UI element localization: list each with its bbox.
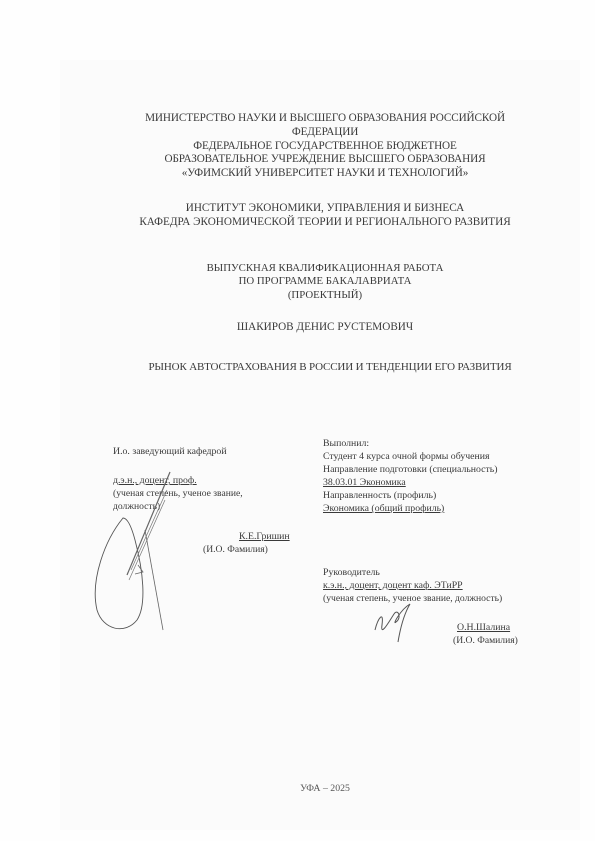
student-label: Выполнил: (323, 437, 369, 450)
student-course: Студент 4 курса очной формы обучения (323, 450, 489, 463)
author-name: ШАКИРОВ ДЕНИС РУСТЕМОВИЧ (150, 321, 500, 333)
supervisor-degree: к.э.н., доцент, доцент каф. ЭТиРР (323, 579, 463, 592)
work-type-line: ПО ПРОГРАММЕ БАКАЛАВРИАТА (150, 275, 500, 288)
header-line: ФЕДЕРАЛЬНОЕ ГОСУДАРСТВЕННОЕ БЮДЖЕТНОЕ (100, 140, 550, 154)
header-line: ФЕДЕРАЦИИ (100, 126, 550, 140)
head-signature (85, 470, 175, 650)
head-name: К.Е.Гришин (239, 530, 290, 543)
institute-name: ИНСТИТУТ ЭКОНОМИКИ, УПРАВЛЕНИЯ И БИЗНЕСА (100, 202, 550, 216)
head-role: И.о. заведующий кафедрой (113, 445, 227, 458)
header-line: «УФИМСКИЙ УНИВЕРСИТЕТ НАУКИ И ТЕХНОЛОГИЙ… (100, 167, 550, 181)
profile-value: Экономика (общий профиль) (323, 502, 444, 515)
work-type-line: ВЫПУСКНАЯ КВАЛИФИКАЦИОННАЯ РАБОТА (150, 262, 500, 275)
direction-label: Направление подготовки (специальность) (323, 463, 498, 476)
thesis-topic: РЫНОК АВТОСТРАХОВАНИЯ В РОССИИ И ТЕНДЕНЦ… (120, 361, 540, 373)
work-type-line: (ПРОЕКТНЫЙ) (150, 289, 500, 302)
work-type-block: ВЫПУСКНАЯ КВАЛИФИКАЦИОННАЯ РАБОТА ПО ПРО… (150, 262, 500, 302)
supervisor-signature (370, 600, 430, 645)
header-line: ОБРАЗОВАТЕЛЬНОЕ УЧРЕЖДЕНИЕ ВЫСШЕГО ОБРАЗ… (100, 153, 550, 167)
ministry-header: МИНИСТЕРСТВО НАУКИ И ВЫСШЕГО ОБРАЗОВАНИЯ… (100, 112, 550, 181)
head-name-caption: (И.О. Фамилия) (203, 543, 268, 556)
department-name: КАФЕДРА ЭКОНОМИЧЕСКОЙ ТЕОРИИ И РЕГИОНАЛЬ… (100, 216, 550, 230)
direction-value: 38.03.01 Экономика (323, 476, 406, 489)
header-line: МИНИСТЕРСТВО НАУКИ И ВЫСШЕГО ОБРАЗОВАНИЯ… (100, 112, 550, 126)
supervisor-label: Руководитель (323, 566, 380, 579)
supervisor-name: О.Н.Шалина (457, 621, 510, 634)
institute-block: ИНСТИТУТ ЭКОНОМИКИ, УПРАВЛЕНИЯ И БИЗНЕСА… (100, 202, 550, 229)
city-year: УФА – 2025 (250, 783, 400, 794)
title-page: МИНИСТЕРСТВО НАУКИ И ВЫСШЕГО ОБРАЗОВАНИЯ… (0, 0, 595, 841)
profile-label: Направленность (профиль) (323, 489, 436, 502)
supervisor-name-caption: (И.О. Фамилия) (453, 634, 518, 647)
